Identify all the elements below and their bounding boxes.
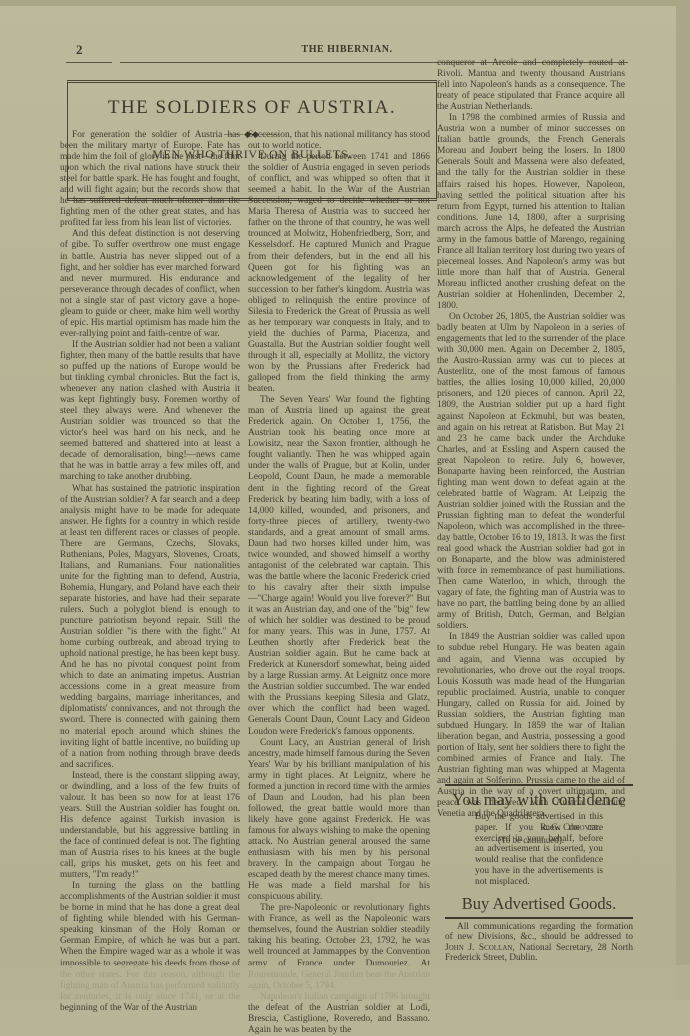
paragraph: During the period between 1741 and 1866 … — [248, 152, 430, 395]
paragraph: If the Austrian soldier had not been a v… — [60, 340, 240, 484]
paragraph: And this defeat distinction is not deser… — [60, 229, 240, 339]
secretary-notice: All communications regarding the formati… — [445, 922, 633, 964]
paragraph: What has sustained the patriotic inspira… — [60, 484, 240, 771]
paragraph: Instead, there is the constant slipping … — [60, 771, 240, 881]
header-rule — [66, 62, 112, 63]
column-1: For generation the soldier of Austria ha… — [60, 130, 240, 1000]
ad-closing: Buy Advertised Goods. — [445, 894, 633, 919]
ad-headline: You may with confidence — [445, 790, 633, 810]
paragraph: Succession, that his national militancy … — [248, 130, 430, 152]
notice-text: All communications regarding the formati… — [445, 922, 633, 943]
page-fold — [0, 0, 690, 6]
paragraph: Count Lacy, an Austrian general of Irish… — [248, 738, 430, 904]
newspaper-page: 2 THE HIBERNIAN. THE SOLDIERS OF AUSTRIA… — [0, 0, 690, 1000]
paragraph: In 1798 the combined armies of Russia an… — [437, 113, 625, 312]
ad-body: Buy the goods advertised in this paper. … — [475, 812, 603, 888]
paragraph: conqueror at Arcole and completely route… — [437, 58, 625, 113]
secretary-name: John J. Scollan — [445, 943, 512, 953]
column-3: conqueror at Arcole and completely route… — [437, 58, 625, 846]
paragraph: For generation the soldier of Austria ha… — [60, 130, 240, 229]
column-2: Succession, that his national militancy … — [248, 130, 430, 1000]
advertisement-box: You may with confidence Buy the goods ad… — [445, 784, 633, 964]
paragraph: The Seven Years' War found the fighting … — [248, 395, 430, 737]
page-bottom-margin — [0, 965, 690, 1000]
page-edge — [676, 0, 690, 1000]
article-title: THE SOLDIERS OF AUSTRIA. — [68, 97, 436, 119]
paragraph: On October 26, 1805, the Austrian soldie… — [437, 312, 625, 632]
running-head: THE HIBERNIAN. — [66, 44, 628, 55]
